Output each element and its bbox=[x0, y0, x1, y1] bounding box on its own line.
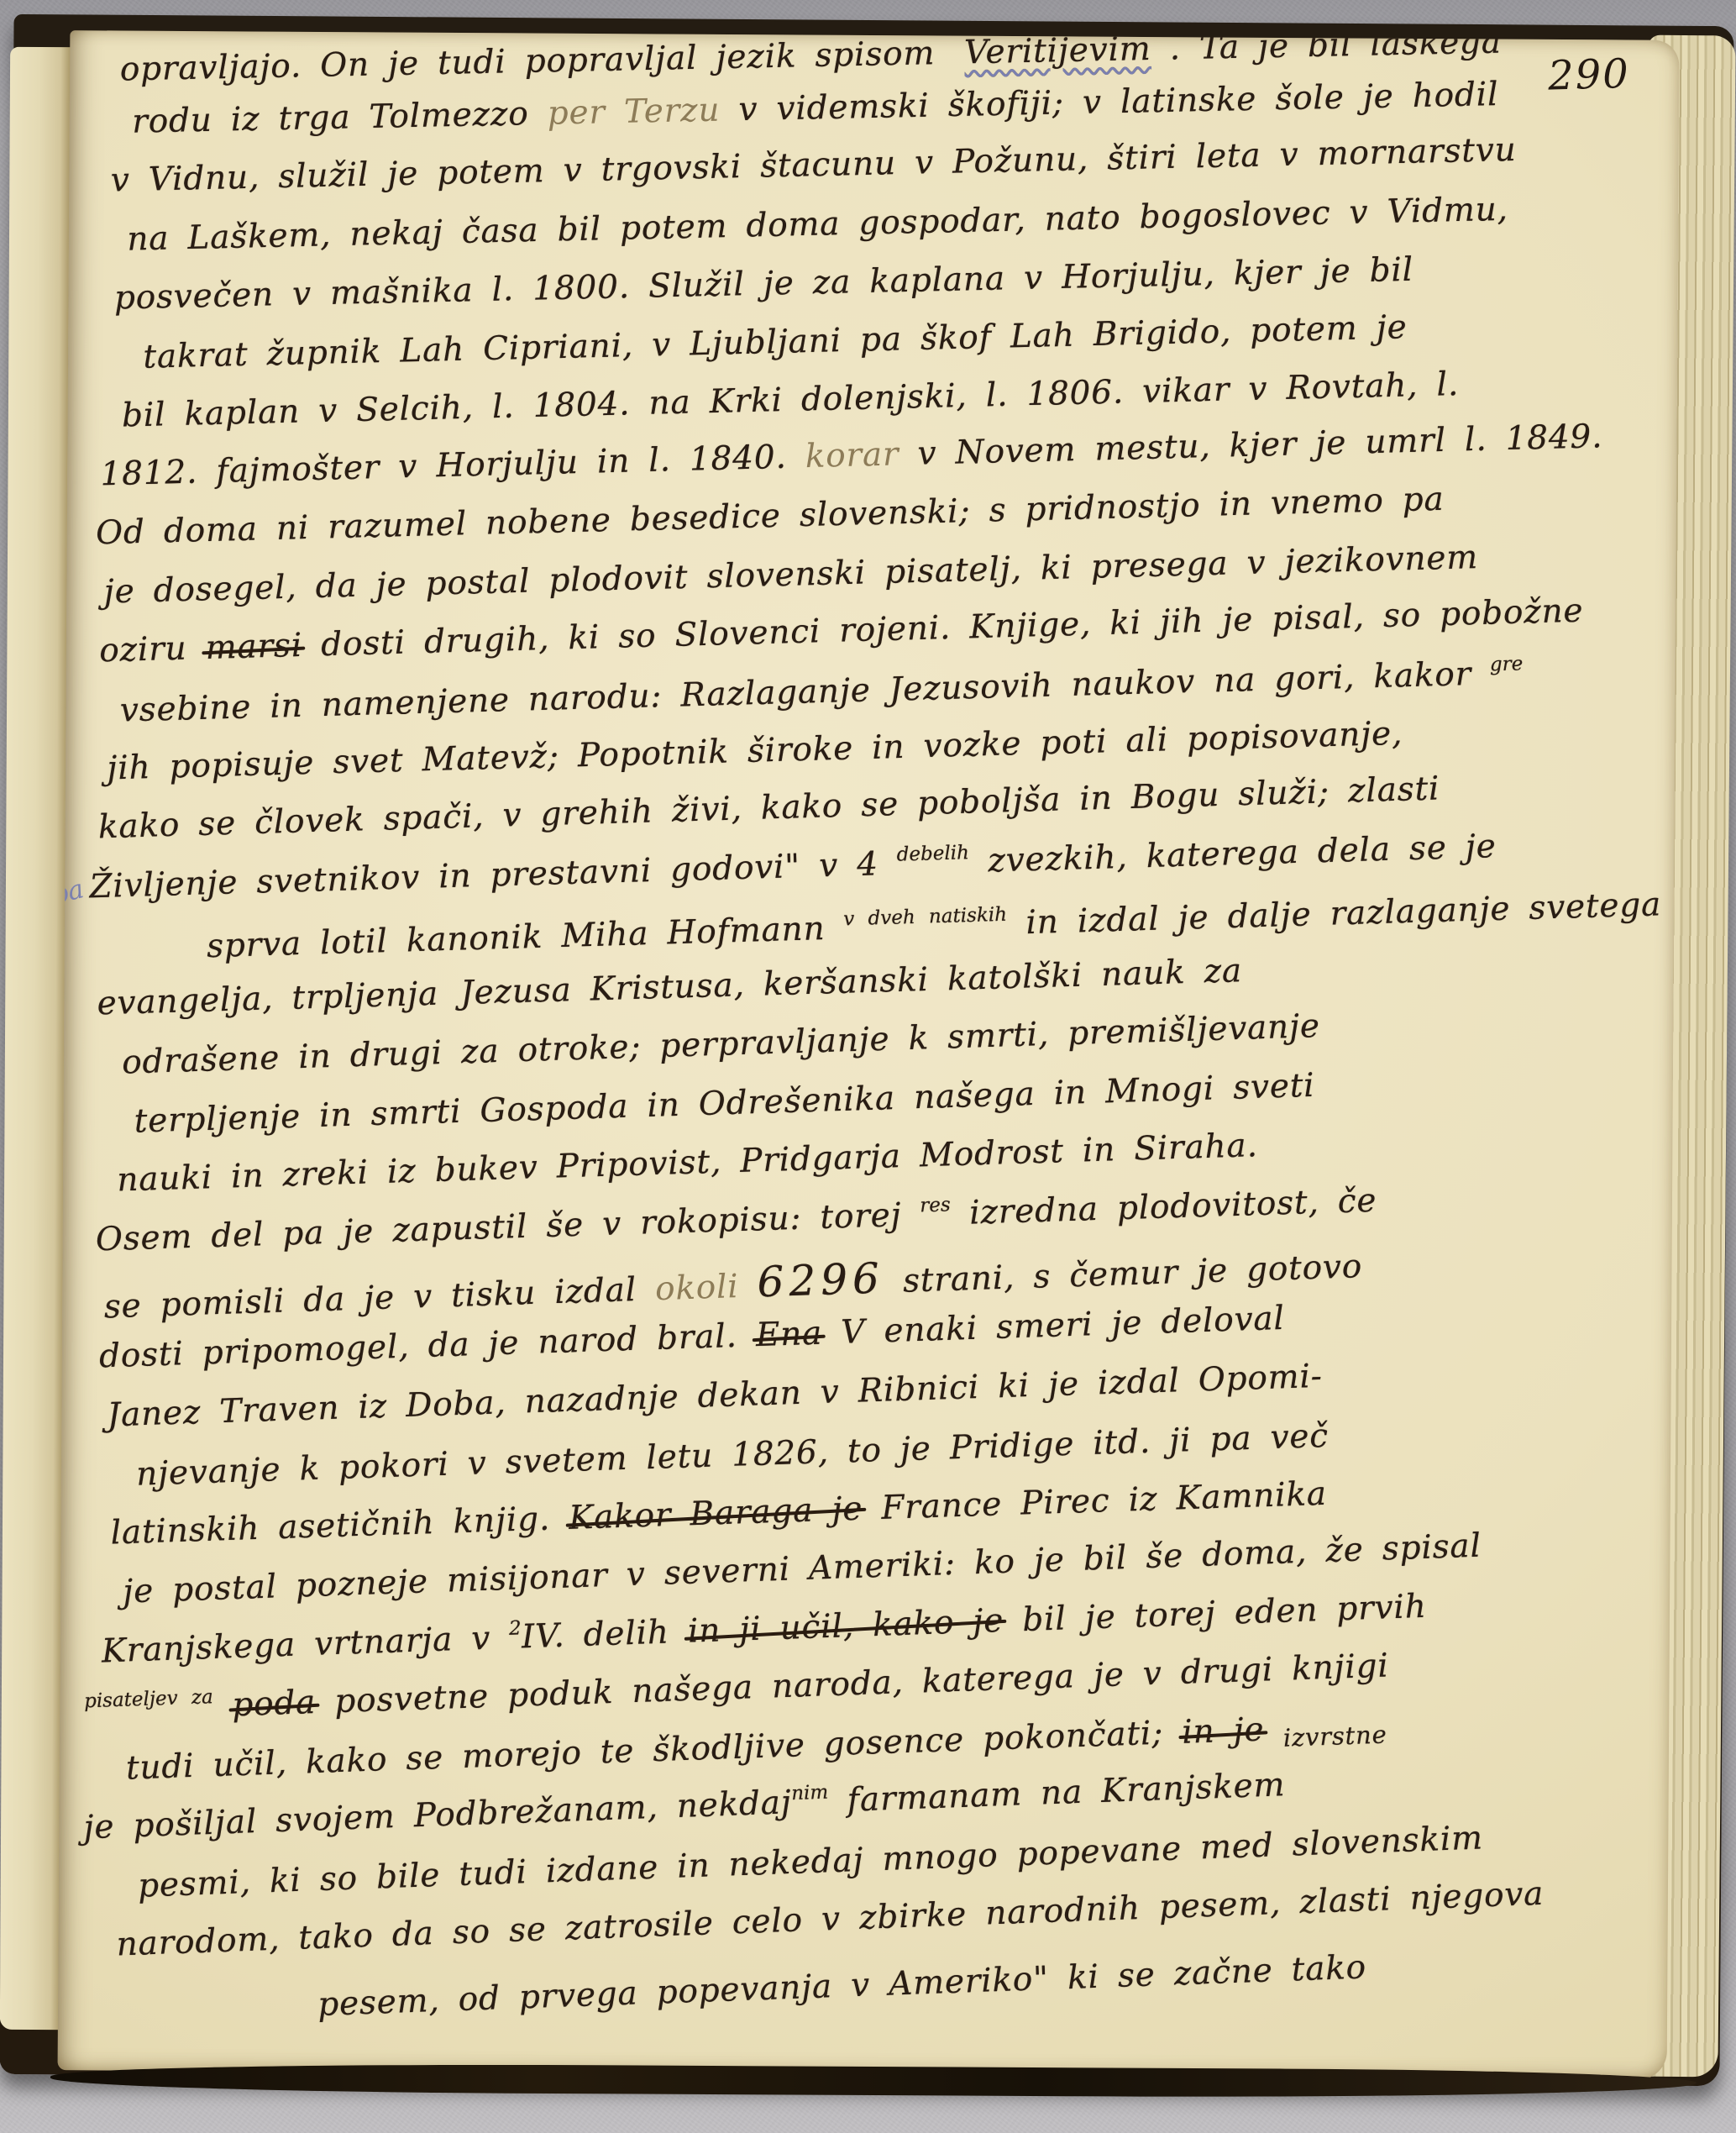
text-segment-sup: nim bbox=[791, 1782, 829, 1805]
text-segment: evangelja, trpljenja bbox=[97, 975, 439, 1023]
text-segment-sup: v dveh natiskih bbox=[843, 904, 1007, 931]
text-segment-strike: poda bbox=[231, 1684, 316, 1724]
text-segment: oziru bbox=[99, 629, 207, 670]
text-segment-big: 6296 bbox=[757, 1253, 885, 1306]
text-segment-curve: izvrstne bbox=[1282, 1721, 1387, 1752]
text-segment: se pomisli da je v tisku izdal bbox=[103, 1270, 656, 1326]
handwritten-text-block: pa opravljajo. On je tudi popravljal jez… bbox=[83, 44, 1680, 2053]
text-segment-faint: korar bbox=[805, 435, 899, 475]
text-segment-sup: 2 bbox=[509, 1617, 522, 1639]
manuscript-page: 290 pa opravljajo. On je tudi popravljal… bbox=[58, 30, 1680, 2080]
text-segment-blue-underline: Veritijevim bbox=[964, 30, 1151, 71]
text-segment: opravljajo. On je tudi popravljal jezik … bbox=[119, 34, 953, 89]
text-segment-blot bbox=[440, 979, 441, 1017]
text-segment bbox=[212, 1686, 233, 1725]
text-segment bbox=[738, 1267, 758, 1306]
text-segment-sup: pisateljev za bbox=[84, 1686, 213, 1712]
text-segment-sup: debelih bbox=[896, 842, 969, 865]
text-segment-sup: res bbox=[920, 1194, 951, 1216]
text-segment bbox=[1264, 1710, 1284, 1749]
text-segment-strike: Ena bbox=[755, 1315, 823, 1355]
text-segment: strani, s čemur je gotovo bbox=[884, 1248, 1362, 1300]
text-segment-faint: okoli bbox=[654, 1268, 739, 1308]
text-segment-strike: marsi bbox=[205, 627, 303, 667]
text-segment-sup: gre bbox=[1490, 653, 1524, 675]
text-segment: IV. delih bbox=[521, 1613, 688, 1657]
text-segment-faint: per Terzu bbox=[547, 92, 721, 133]
text-segment: rodu iz trga Tolmezzo bbox=[132, 95, 548, 141]
text-segment-strike: in je bbox=[1182, 1710, 1266, 1751]
